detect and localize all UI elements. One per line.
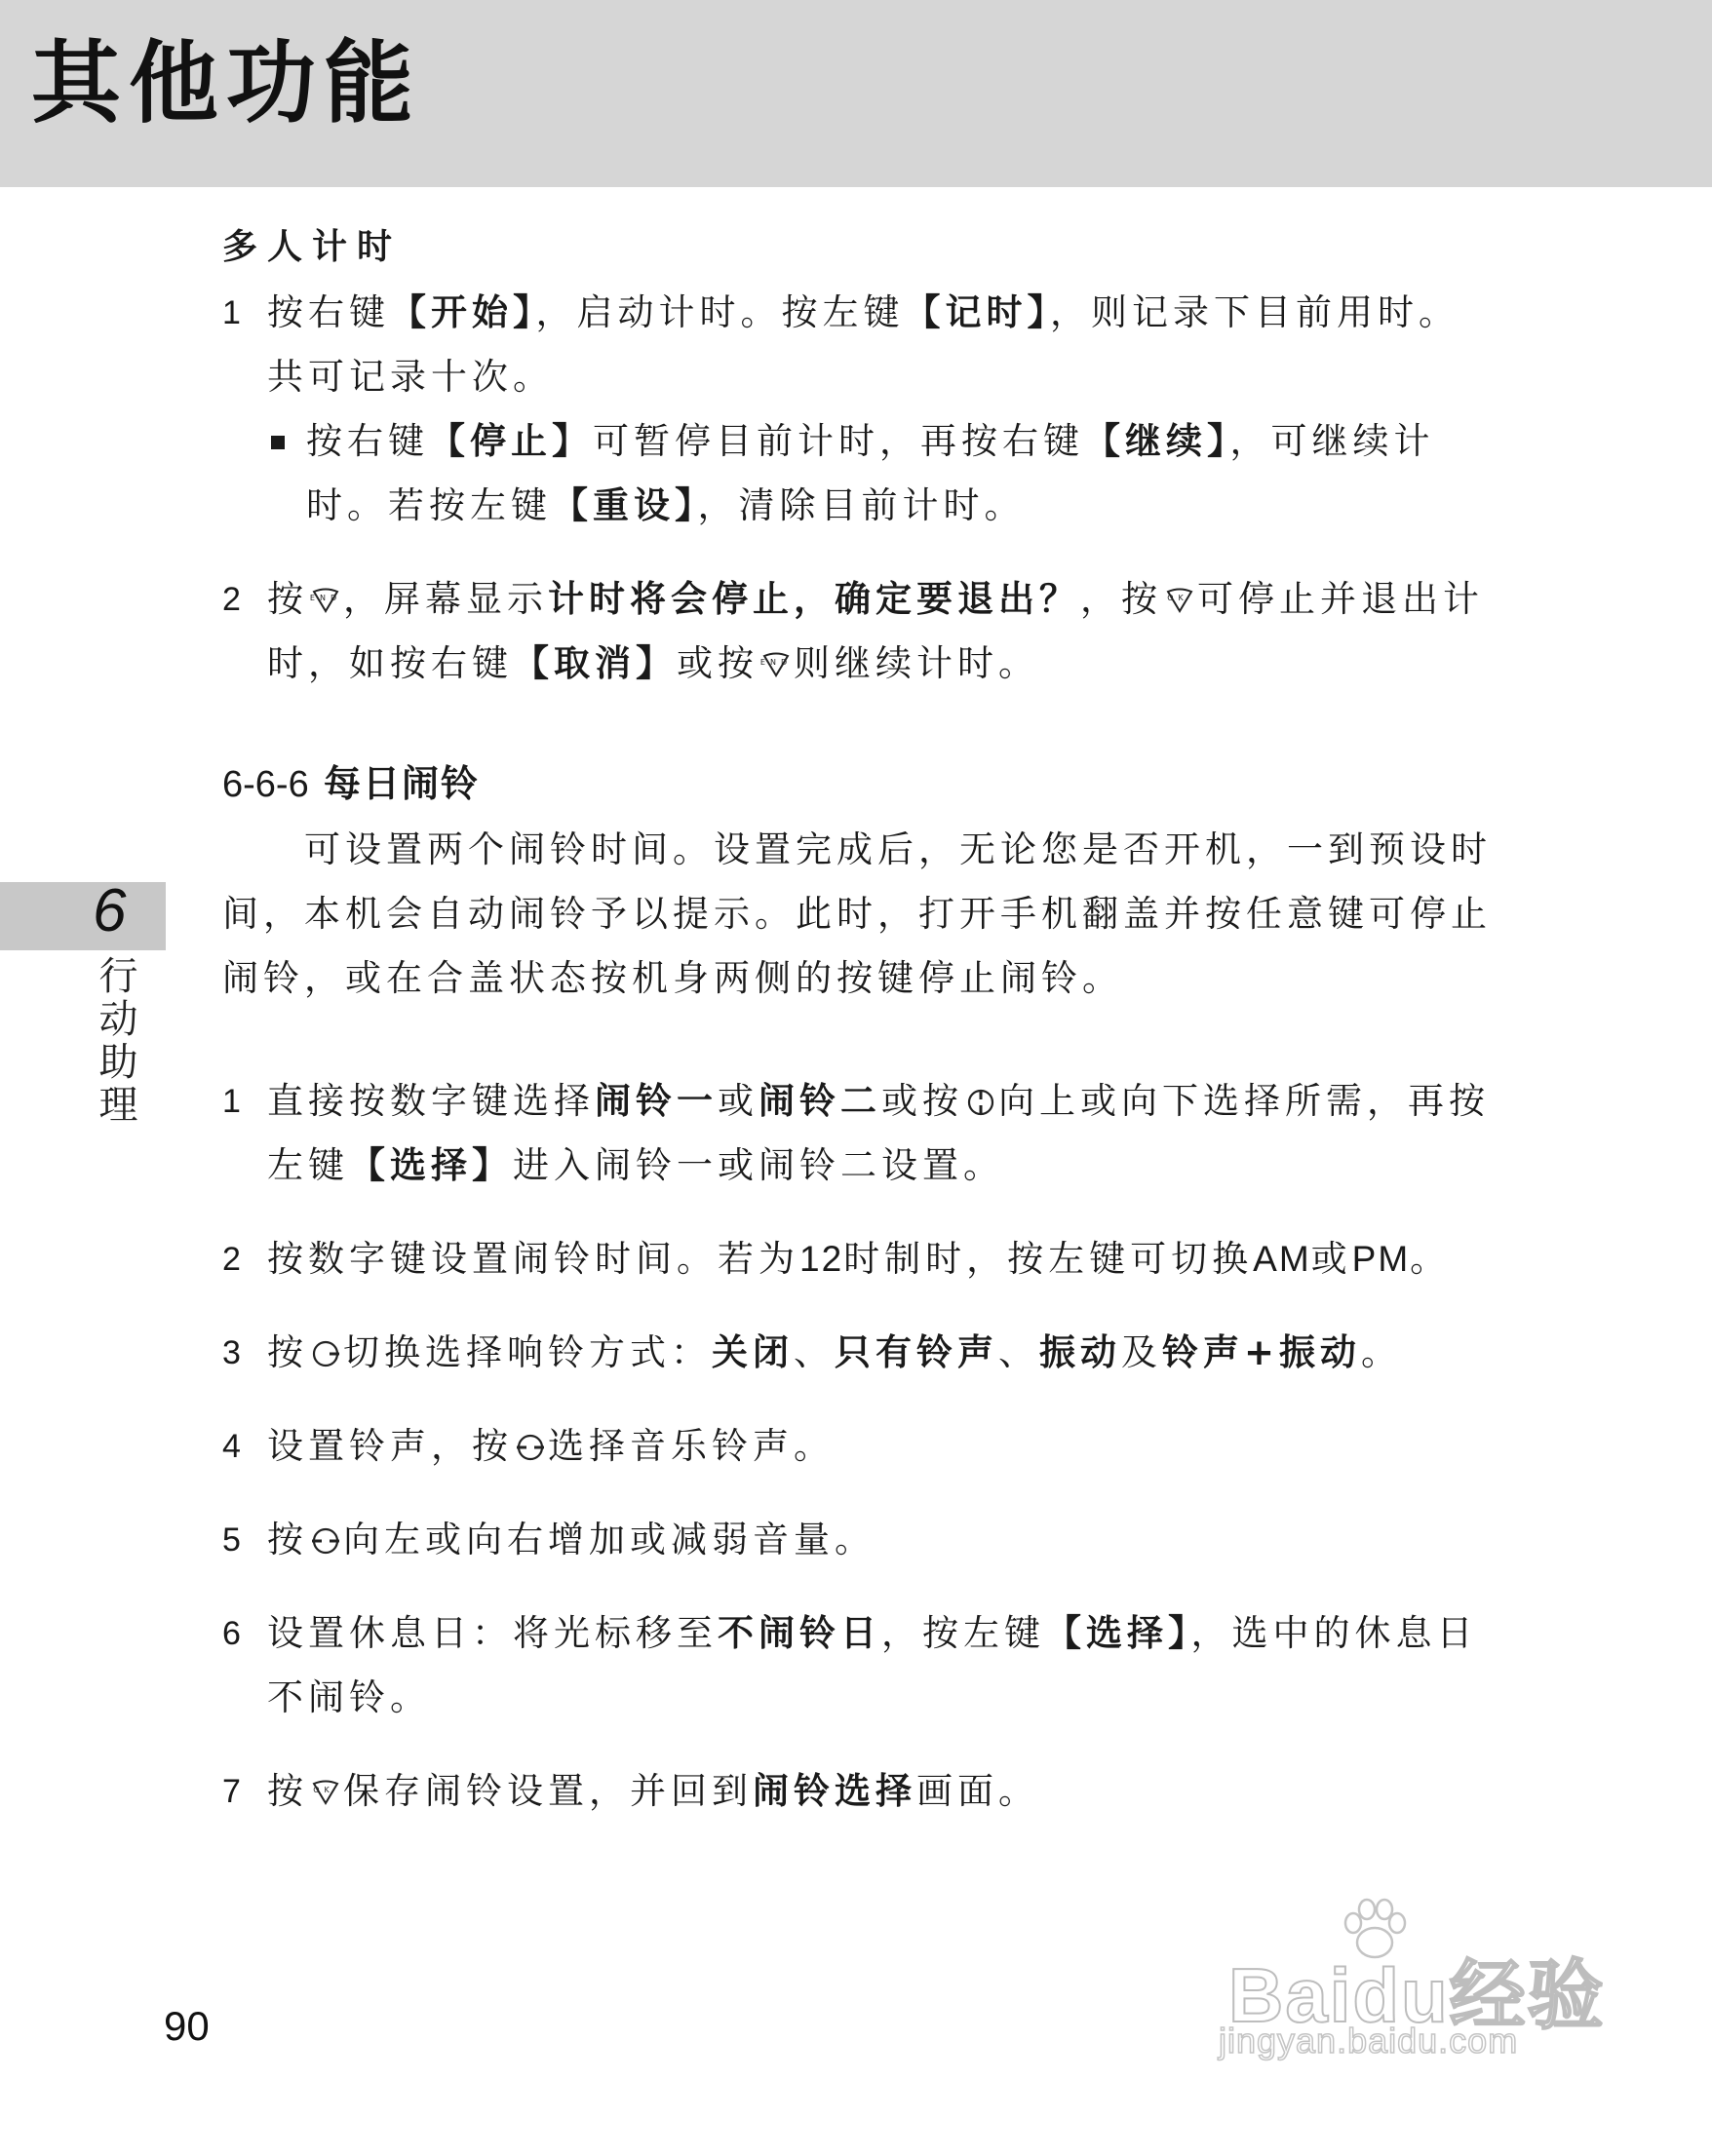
key-label-reset: 【重设】 — [552, 484, 698, 526]
nav-right-icon — [310, 1337, 341, 1368]
key-label-select: 【选择】 — [1045, 1612, 1191, 1654]
bullet-square-icon — [271, 436, 285, 449]
step-text: 选择音乐铃声。 — [548, 1425, 835, 1467]
no-alarm-day-label: 不闹铃日 — [718, 1612, 881, 1654]
step-text: 或按 — [677, 642, 759, 684]
step-number: 3 — [222, 1321, 241, 1385]
step-text: 、 — [794, 1331, 835, 1373]
option-ring-vibrate: 铃声+振动 — [1162, 1331, 1361, 1373]
alarm-two-label: 闹铃二 — [759, 1080, 881, 1122]
section-title-text: 每日闹铃 — [324, 762, 480, 805]
watermark-url: jingyan.baidu.com — [1219, 2021, 1518, 2061]
bullet-text: ，清除目前计时。 — [698, 484, 1026, 526]
step-text: 向左或向右增加或减弱音量。 — [343, 1519, 875, 1560]
step-number: 5 — [222, 1508, 241, 1572]
step-text: 按 — [267, 1331, 308, 1373]
step-text: 按数字键设置闹铃时间。若为 — [267, 1238, 799, 1280]
section-title: 6-6-6 每日闹铃 — [222, 754, 1499, 814]
step-text: 设置休息日：将光标移至 — [267, 1612, 718, 1654]
step-text: 设置铃声，按 — [267, 1425, 513, 1467]
step-text: 或按 — [881, 1080, 963, 1122]
step-text: 画面。 — [916, 1770, 1039, 1812]
multi-timer-step-2: 2 按END，屏幕显示计时将会停止，确定要退出？，按OK可停止并退出计时，如按右… — [222, 567, 1499, 696]
alarm-select-screen-label: 闹铃选择 — [753, 1770, 916, 1812]
svg-text:OK: OK — [1167, 594, 1188, 602]
svg-text:OK: OK — [313, 1786, 334, 1794]
step-text: 保存闹铃设置，并回到 — [343, 1770, 753, 1812]
key-label-select: 【选择】 — [349, 1144, 513, 1186]
nav-left-right-icon — [515, 1431, 546, 1462]
step-text: 进入闹铃一或闹铃二设置。 — [513, 1144, 1004, 1186]
svg-text:END: END — [310, 594, 341, 602]
end-key-icon: END — [310, 584, 341, 615]
step-text: ，屏幕显示 — [343, 578, 548, 620]
alarm-step-6: 6 设置休息日：将光标移至不闹铃日，按左键【选择】，选中的休息日不闹铃。 — [222, 1601, 1499, 1730]
step-text: 按 — [267, 1770, 308, 1812]
step-text: 。 — [1410, 1238, 1451, 1280]
step-text: 或 — [1311, 1238, 1352, 1280]
ok-key-icon: OK — [1164, 584, 1195, 615]
bullet-text: 按右键 — [306, 420, 429, 462]
step-text: ，按左键 — [881, 1612, 1045, 1654]
chapter-name: 行动助理 — [96, 955, 138, 1127]
alarm-step-7: 7 按OK保存闹铃设置，并回到闹铃选择画面。 — [222, 1759, 1499, 1824]
step-number: 1 — [222, 1069, 241, 1134]
screen-message: 计时将会停止，确定要退出？ — [548, 578, 1080, 620]
key-label-start: 【开始】 — [390, 291, 536, 333]
alarm-one-label: 闹铃一 — [595, 1080, 718, 1122]
step-text: 按右键 — [267, 291, 390, 333]
chapter-number: 6 — [93, 881, 126, 942]
multi-timer-heading: 多人计时 — [222, 219, 1499, 269]
step-number: 1 — [222, 281, 241, 345]
multi-timer-step-1: 1 按右键【开始】，启动计时。按左键【记时】，则记录下目前用时。共可记录十次。 — [222, 281, 1499, 409]
step-text: 或 — [718, 1080, 759, 1122]
step-text: 及 — [1121, 1331, 1162, 1373]
intro-paragraph: 可设置两个闹铃时间。设置完成后，无论您是否开机，一到预设时间，本机会自动闹铃予以… — [222, 818, 1499, 1011]
step-text: ，按 — [1080, 578, 1162, 620]
option-off: 关闭 — [712, 1331, 794, 1373]
key-label-continue: 【继续】 — [1084, 420, 1230, 462]
step-number: 6 — [222, 1601, 241, 1666]
key-label-stop: 【停止】 — [429, 420, 593, 462]
step-number: 2 — [222, 567, 241, 632]
alarm-step-5: 5 按向左或向右增加或减弱音量。 — [222, 1508, 1499, 1572]
nav-up-down-icon — [965, 1086, 996, 1117]
end-key-icon: END — [760, 648, 792, 679]
ok-key-icon: OK — [310, 1776, 341, 1807]
step-number: 7 — [222, 1759, 241, 1824]
step-text: 按 — [267, 1519, 308, 1560]
watermark: Baidu经验 jingyan.baidu.com — [1209, 1896, 1618, 2071]
multi-timer-bullet: 按右键【停止】可暂停目前计时，再按右键【继续】，可继续计时。若按左键【重设】，清… — [222, 409, 1499, 538]
step-text: ，启动计时。按左键 — [536, 291, 905, 333]
step-text: 按 — [267, 578, 308, 620]
alarm-step-4: 4 设置铃声，按选择音乐铃声。 — [222, 1414, 1499, 1479]
chapter-tab — [0, 882, 166, 950]
step-text: 时制时，按左键可切换 — [843, 1238, 1253, 1280]
page-number: 90 — [164, 2003, 210, 2050]
step-text: 、 — [998, 1331, 1039, 1373]
step-text: 切换选择响铃方式： — [343, 1331, 712, 1373]
bullet-text: 可暂停目前计时，再按右键 — [593, 420, 1084, 462]
pm-label: PM — [1352, 1239, 1411, 1279]
key-label-record: 【记时】 — [905, 291, 1051, 333]
step-number: 4 — [222, 1414, 241, 1479]
nav-left-right-icon — [310, 1524, 341, 1556]
step-text: 12 — [799, 1239, 843, 1279]
alarm-step-3: 3 按切换选择响铃方式：关闭、只有铃声、振动及铃声+振动。 — [222, 1321, 1499, 1385]
section-number: 6-6-6 — [222, 764, 309, 805]
option-vibrate: 振动 — [1039, 1331, 1121, 1373]
step-text: 。 — [1361, 1331, 1402, 1373]
step-number: 2 — [222, 1227, 241, 1291]
key-label-cancel: 【取消】 — [513, 642, 677, 684]
alarm-step-2: 2 按数字键设置闹铃时间。若为12时制时，按左键可切换AM或PM。 — [222, 1227, 1499, 1291]
option-ring-only: 只有铃声 — [835, 1331, 998, 1373]
page-title: 其他功能 — [31, 39, 421, 129]
am-label: AM — [1253, 1239, 1311, 1279]
step-text: 则继续计时。 — [794, 642, 1039, 684]
svg-text:END: END — [760, 658, 792, 667]
step-text: 直接按数字键选择 — [267, 1080, 595, 1122]
main-content: 多人计时 1 按右键【开始】，启动计时。按左键【记时】，则记录下目前用时。共可记… — [222, 219, 1499, 1824]
alarm-step-1: 1 直接按数字键选择闹铃一或闹铃二或按向上或向下选择所需，再按左键【选择】进入闹… — [222, 1069, 1499, 1198]
